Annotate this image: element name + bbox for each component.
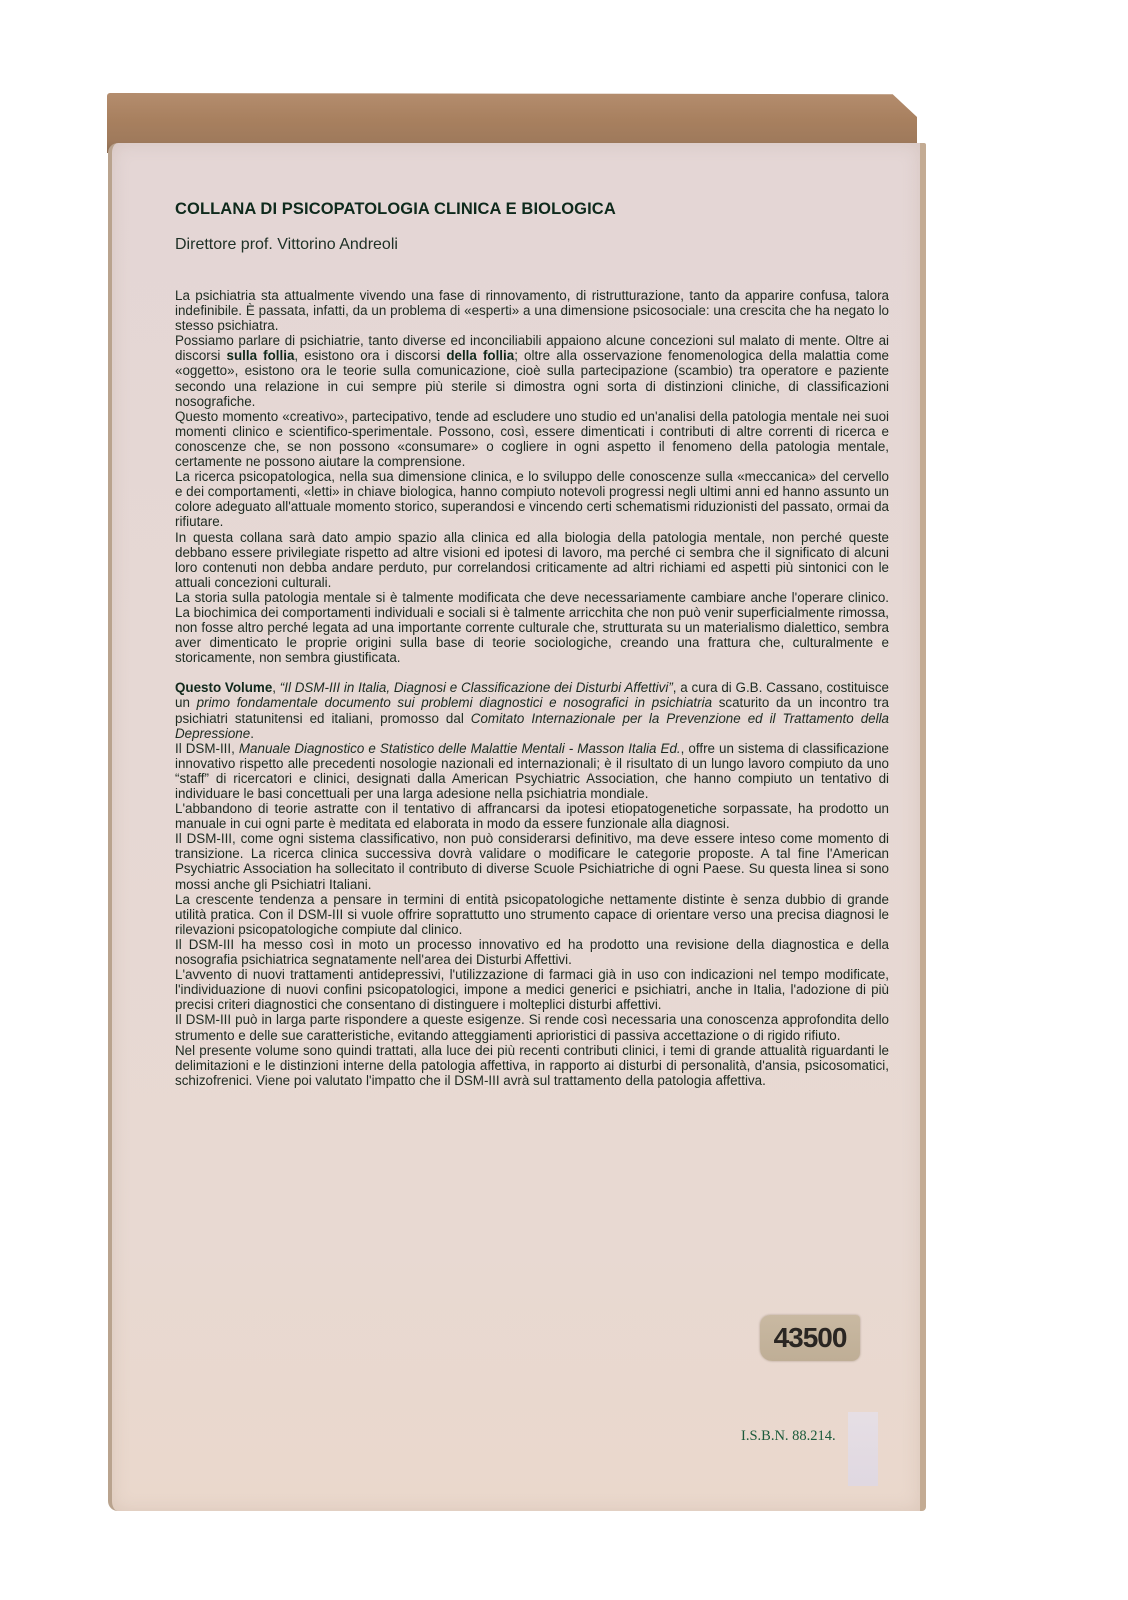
intro-paragraph: La storia sulla patologia mentale si è t… xyxy=(175,590,889,665)
intro-paragraph: La psichiatria sta attualmente vivendo u… xyxy=(175,288,889,333)
intro-paragraph: La ricerca psicopatologica, nella sua di… xyxy=(175,469,889,529)
volume-paragraph: Il DSM-III può in larga parte rispondere… xyxy=(175,1012,889,1042)
volume-paragraph: L'avvento di nuovi trattamenti antidepre… xyxy=(175,967,889,1012)
book-back-cover: COLLANA DI PSICOPATOLOGIA CLINICA E BIOL… xyxy=(103,93,923,1517)
cover-text-block: COLLANA DI PSICOPATOLOGIA CLINICA E BIOL… xyxy=(175,200,889,1088)
dsm-paragraph: Il DSM-III, Manuale Diagnostico e Statis… xyxy=(175,741,889,801)
price-sticker: 43500 xyxy=(760,1315,860,1361)
volume-paragraph: La crescente tendenza a pensare in termi… xyxy=(175,892,889,937)
volume-paragraph: Il DSM-III ha messo così in moto un proc… xyxy=(175,937,889,967)
isbn-number: I.S.B.N. 88.214. xyxy=(741,1428,836,1445)
series-title: COLLANA DI PSICOPATOLOGIA CLINICA E BIOL… xyxy=(175,200,889,219)
series-director: Direttore prof. Vittorino Andreoli xyxy=(175,236,889,254)
volume-paragraph: Nel presente volume sono quindi trattati… xyxy=(175,1043,889,1088)
intro-paragraph: In questa collana sarà dato ampio spazio… xyxy=(175,530,889,590)
intro-paragraph: Questo momento «creativo», partecipativo… xyxy=(175,409,889,469)
intro-text: La psichiatria sta attualmente vivendo u… xyxy=(175,288,889,1088)
volume-paragraph: Il DSM-III, come ogni sistema classifica… xyxy=(175,831,889,891)
intro-paragraph: Possiamo parlare di psichiatrie, tanto d… xyxy=(175,333,889,408)
isbn-sticker-patch xyxy=(848,1412,878,1486)
volume-paragraph: Questo Volume, “Il DSM-III in Italia, Di… xyxy=(175,680,889,740)
volume-paragraph: L'abbandono di teorie astratte con il te… xyxy=(175,801,889,831)
